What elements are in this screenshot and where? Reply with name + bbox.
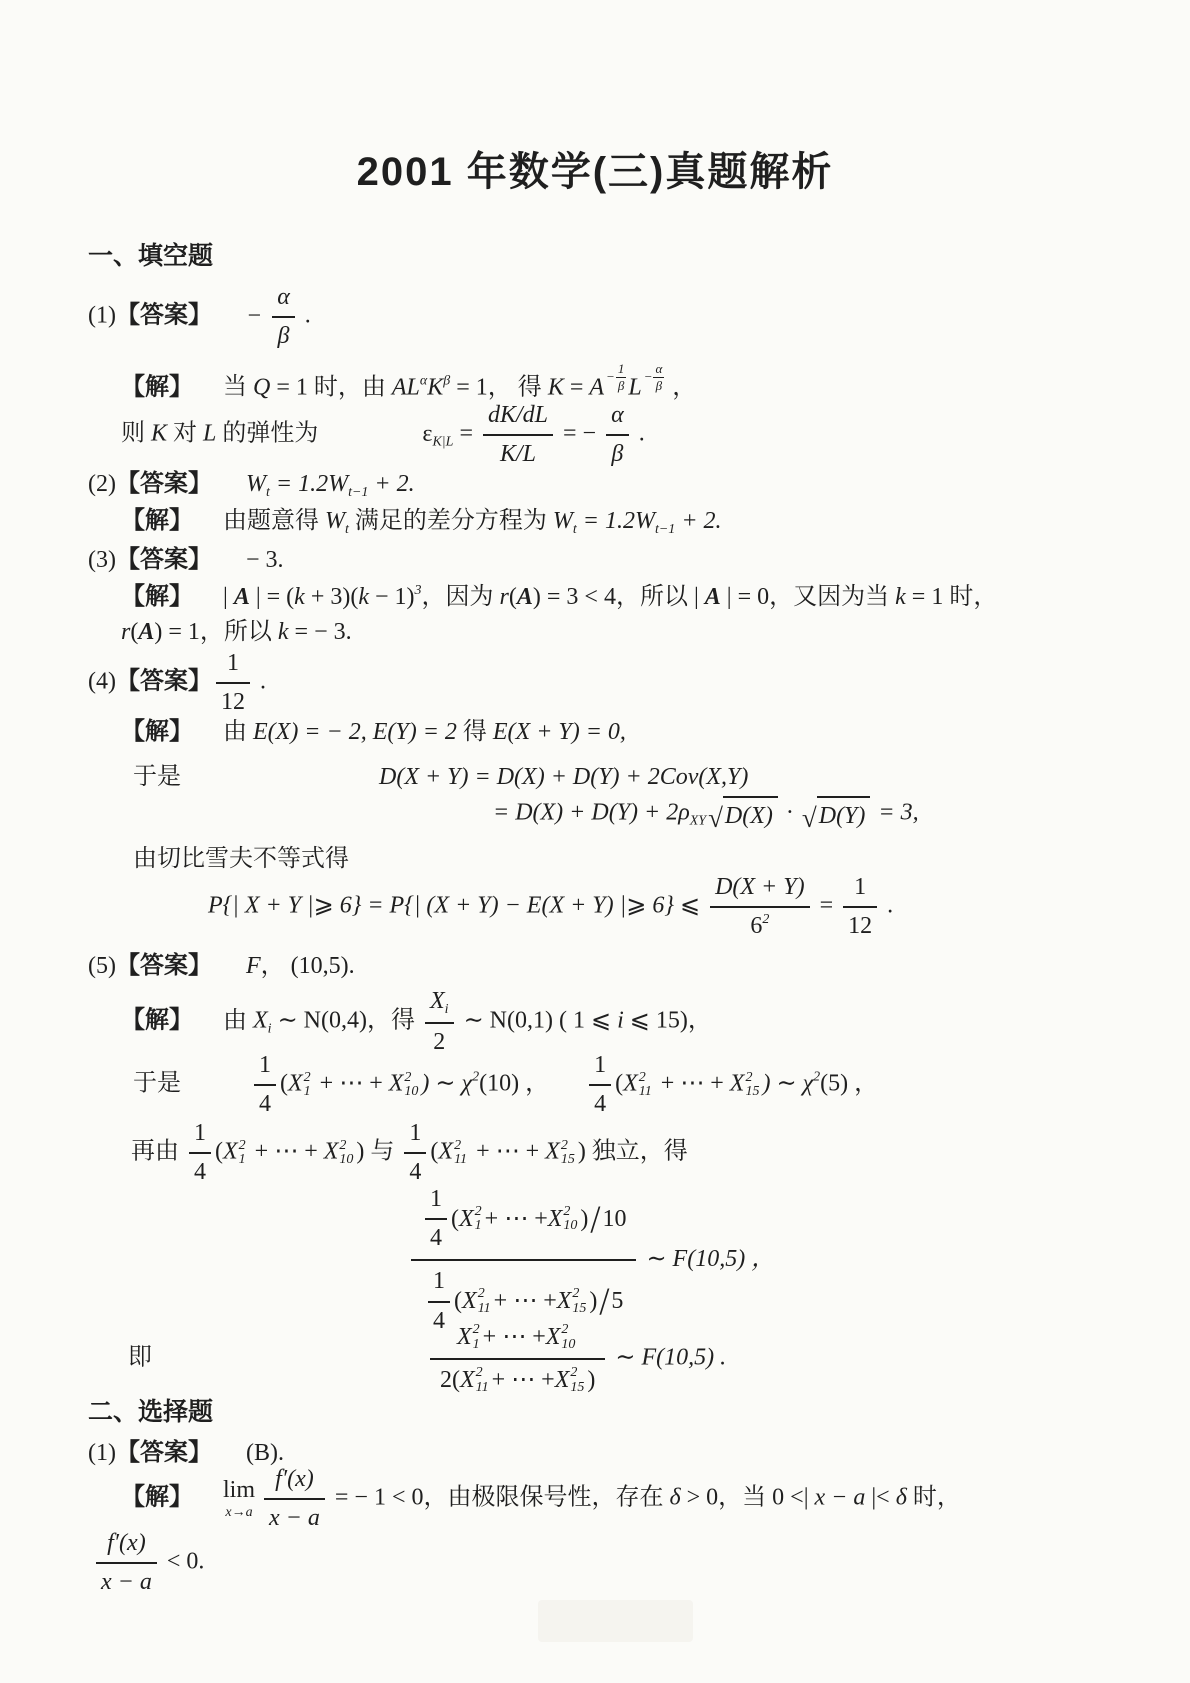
- math-text: + ⋯ +: [492, 1365, 555, 1396]
- question-number: (1): [88, 1440, 116, 1466]
- frac-numerator: 14(X21 + ⋯ + X210)/10: [411, 1182, 636, 1259]
- math-text: .: [881, 893, 893, 919]
- math-text: E(X) = − 2, E(Y) = 2: [253, 719, 457, 745]
- cn-text: ) = 1，所以: [154, 619, 278, 645]
- math-text: X: [462, 1286, 477, 1317]
- math-text: =: [564, 374, 590, 400]
- question-number: (5): [88, 953, 116, 979]
- math-text: =: [453, 421, 479, 447]
- frac-numerator: 1: [616, 362, 627, 377]
- math-text: + ⋯ +: [485, 1204, 548, 1235]
- superscript: 2: [473, 1323, 480, 1338]
- lim-text: lim: [223, 1478, 255, 1503]
- choice-q1-solution-line2: f′(x)x − a < 0.: [92, 1528, 204, 1598]
- math-text: (: [451, 1204, 459, 1235]
- subscript: 1: [475, 1219, 482, 1234]
- math-text: ε: [422, 421, 432, 447]
- document-page: { "page": { "title": "2001 年数学(三)真题解析" }…: [0, 0, 1190, 1683]
- frac-denominator: β: [653, 377, 664, 393]
- frac-denominator: 4: [425, 1218, 447, 1254]
- math-text: X: [324, 1139, 339, 1165]
- math-text: E(X + Y) = 0,: [493, 719, 626, 745]
- frac-denominator: x − a: [264, 1498, 325, 1534]
- sup-sub-stack: 215: [745, 1071, 759, 1100]
- frac-numerator: 1: [589, 1050, 611, 1084]
- subscript: XY: [690, 814, 706, 829]
- math-text: δ: [896, 1485, 907, 1511]
- sup-sub-stack: 215: [570, 1366, 584, 1395]
- math-text: ): [587, 1365, 595, 1396]
- subscript: 15: [572, 1302, 586, 1317]
- frac-numerator: α: [606, 400, 629, 434]
- math-text: X: [557, 1286, 572, 1317]
- math-text: X: [548, 1204, 563, 1235]
- fraction: 14: [254, 1050, 276, 1120]
- math-text: + 2.: [675, 508, 721, 534]
- math-text: .: [299, 303, 311, 329]
- math-text: W: [246, 471, 266, 497]
- cn-text: |<: [865, 1485, 895, 1511]
- fraction: 14: [589, 1050, 611, 1120]
- superscript: 2: [476, 1366, 483, 1381]
- cn-text: ，因为: [422, 584, 500, 610]
- math-text: | = (: [250, 584, 294, 610]
- section-heading-choice: 二、选择题: [88, 1396, 213, 1429]
- fraction: 14: [425, 1184, 447, 1254]
- sup-sub-stack: 210: [563, 1205, 577, 1234]
- sup-sub-stack: 211: [639, 1071, 652, 1100]
- solution-tag: 【解】: [121, 373, 193, 400]
- solution-tag: 【解】: [121, 583, 193, 610]
- math-text: + ⋯ +: [249, 1139, 324, 1165]
- answer-tag: 【答案】: [116, 952, 212, 979]
- subscript: K|L: [432, 435, 453, 450]
- frac-denominator: K/L: [483, 434, 553, 470]
- math-text: D(X + Y) = D(X) + D(Y) + 2Cov(X,Y): [379, 764, 748, 790]
- question-number: (1): [88, 303, 116, 329]
- frac-denominator: x − a: [96, 1562, 157, 1598]
- cn-text: 由: [223, 719, 253, 745]
- solution-tag: 【解】: [121, 507, 193, 534]
- subscript: 11: [639, 1085, 652, 1100]
- q5-solution-line5: 即X21 + ⋯ + X2102(X211 + ⋯ + X215) ∼ F(10…: [128, 1320, 726, 1398]
- fraction: 14: [189, 1118, 211, 1188]
- sqrt-sign: √: [802, 805, 817, 832]
- math-text: X: [730, 1071, 745, 1097]
- fraction: 14: [404, 1118, 426, 1188]
- math-text: W: [325, 508, 345, 534]
- answer-tag: 【答案】: [116, 668, 212, 695]
- cn-text: = 1 时，由: [270, 374, 392, 400]
- frac-numerator: Xi: [425, 986, 454, 1022]
- superscript: 2: [475, 1205, 482, 1220]
- math-text: A: [138, 619, 154, 645]
- page-title: 2001 年数学(三)真题解析: [0, 146, 1190, 198]
- sup-sub-stack: 210: [404, 1071, 418, 1100]
- frac-denominator: β: [606, 434, 629, 470]
- cn-text: = 1 时，: [906, 584, 998, 610]
- frac-denominator: 62: [710, 906, 810, 942]
- sup-sub-stack: 215: [561, 1139, 575, 1168]
- sqrt-expression: √D(Y): [802, 796, 871, 832]
- subscript: 1: [473, 1338, 480, 1353]
- frac-numerator: 1: [254, 1050, 276, 1084]
- answer-tag: 【答案】: [116, 1439, 212, 1466]
- subscript: 15: [570, 1381, 584, 1396]
- math-text: (5) ，: [820, 1071, 878, 1097]
- question-number: (3): [88, 547, 116, 573]
- q1-solution-line1: 【解】当 Q = 1 时，由 ALαKβ = 1， 得 K = A−1βL−αβ…: [121, 362, 696, 404]
- math-text: 6: [750, 913, 762, 939]
- subscript: t−1: [348, 485, 368, 500]
- limit-operator: limx→a: [223, 1478, 255, 1521]
- math-text: −: [606, 369, 615, 386]
- subscript: i: [445, 1002, 449, 1017]
- q3-answer-line: (3)【答案】− 3.: [88, 544, 284, 576]
- q4-solution-line1: 【解】由 E(X) = − 2, E(Y) = 2 得 E(X + Y) = 0…: [121, 716, 626, 748]
- math-text: δ: [669, 1485, 680, 1511]
- cn-text: ，: [666, 374, 696, 400]
- fraction: Xi2: [425, 986, 454, 1058]
- subscript: t−1: [655, 522, 675, 537]
- fraction: dK/dLK/L: [483, 400, 553, 470]
- cn-text: 再由: [131, 1139, 185, 1165]
- superscript: 2: [404, 1071, 411, 1086]
- math-text: F: [246, 953, 261, 979]
- fraction: αβ: [606, 400, 629, 470]
- math-text: r: [500, 584, 509, 610]
- sup-sub-stack: 215: [572, 1287, 586, 1316]
- frac-numerator: 1: [843, 872, 877, 906]
- solution-tag: 【解】: [121, 1007, 193, 1034]
- superscript: 2: [563, 1205, 570, 1220]
- math-text: ): [578, 1139, 586, 1165]
- sup-sub-stack: 21: [304, 1071, 311, 1100]
- fraction: 112: [843, 872, 877, 942]
- math-text: (10) ，: [479, 1071, 549, 1097]
- subscript: 10: [404, 1085, 418, 1100]
- superscript: 2: [478, 1287, 485, 1302]
- math-text: < 0.: [161, 1549, 205, 1575]
- cn-text: = − 1 < 0，由极限保号性，存在: [329, 1485, 670, 1511]
- math-text: |: [223, 584, 234, 610]
- subscript: 15: [745, 1085, 759, 1100]
- fraction: αβ: [272, 282, 295, 352]
- math-text: L: [203, 421, 216, 447]
- cn-text: 满足的差分方程为: [349, 508, 553, 534]
- q4-solution-line5: P{| X + Y |⩾ 6} = P{| (X + Y) − E(X + Y)…: [208, 872, 893, 942]
- sup-sub-stack: 210: [561, 1323, 575, 1352]
- math-text: ·: [780, 800, 800, 826]
- question-number: (2): [88, 471, 116, 497]
- math-text: ∼ F(10,5) .: [609, 1345, 726, 1371]
- cn-text: 于是: [133, 1071, 181, 1097]
- math-text: X: [555, 1365, 570, 1396]
- superscript: 3: [415, 583, 422, 598]
- subscript: 11: [476, 1381, 489, 1396]
- math-text: + ⋯ +: [483, 1322, 546, 1353]
- subscript: 10: [563, 1219, 577, 1234]
- section-heading-fill: 一、填空题: [88, 240, 213, 273]
- math-text: = −: [557, 421, 602, 447]
- frac-numerator: 1: [425, 1184, 447, 1218]
- solution-tag: 【解】: [121, 718, 193, 745]
- frac-denominator: 12: [843, 906, 877, 942]
- cn-text: 当: [223, 374, 253, 400]
- q4-solution-line3: = D(X) + D(Y) + 2ρXY√D(X) · √D(Y) = 3,: [493, 796, 919, 832]
- cn-text: 由题意得: [223, 508, 325, 534]
- math-text: − 1): [369, 584, 415, 610]
- math-text: = 1.2W: [577, 508, 655, 534]
- superscript: 2: [639, 1071, 646, 1086]
- cn-text: = 1， 得: [450, 374, 548, 400]
- sup-sub-stack: 211: [478, 1287, 491, 1316]
- math-text: A: [705, 584, 721, 610]
- subscript: 15: [561, 1153, 575, 1168]
- frac-numerator: α: [653, 362, 664, 377]
- superscript: 2: [304, 1071, 311, 1086]
- frac-denominator: 12: [216, 682, 250, 718]
- math-text: (: [215, 1139, 223, 1165]
- math-text: P{| X + Y |⩾ 6} = P{| (X + Y) − E(X + Y)…: [208, 893, 706, 919]
- fraction: 1β: [616, 362, 627, 394]
- math-text: + ⋯ +: [494, 1286, 557, 1317]
- math-text: 10: [602, 1204, 626, 1235]
- cn-text: > 0，当 0 <|: [681, 1485, 815, 1511]
- math-text: AL: [392, 374, 420, 400]
- math-text: L: [628, 374, 641, 400]
- frac-denominator: β: [272, 316, 295, 352]
- math-text: A: [517, 584, 533, 610]
- superscript: 2: [561, 1139, 568, 1154]
- math-text: =: [814, 893, 840, 919]
- math-text: + ⋯ +: [655, 1071, 730, 1097]
- frac-numerator: 1: [216, 648, 250, 682]
- cn-text: 的弹性为: [216, 421, 318, 447]
- cn-text: | = 0，又因为当: [721, 584, 895, 610]
- sqrt-radicand: D(Y): [817, 796, 871, 832]
- math-text: = 1.2W: [270, 471, 348, 497]
- subscript: 11: [454, 1153, 467, 1168]
- math-text: X: [253, 1008, 268, 1034]
- q2-answer-line: (2)【答案】Wt = 1.2Wt−1 + 2.: [88, 468, 415, 502]
- sqrt-radicand: D(X): [723, 796, 778, 832]
- cn-text: 由切比雪夫不等式得: [133, 846, 349, 872]
- superscript: 2: [745, 1071, 752, 1086]
- cn-text: 得: [457, 719, 493, 745]
- subscript: 1: [239, 1153, 246, 1168]
- q5-solution-line3: 再由 14(X21 + ⋯ + X210) 与 14(X211 + ⋯ + X2…: [131, 1118, 688, 1188]
- sqrt-sign: √: [708, 805, 723, 832]
- frac-numerator: D(X + Y): [710, 872, 810, 906]
- cn-text: 由: [223, 1008, 253, 1034]
- answer-tag: 【答案】: [116, 546, 212, 573]
- sup-sub-stack: 211: [454, 1139, 467, 1168]
- cn-text: 时，: [907, 1485, 961, 1511]
- math-text: + 2.: [368, 471, 414, 497]
- math-text: K: [427, 374, 443, 400]
- superscript: 2: [239, 1139, 246, 1154]
- sup-sub-stack: 21: [239, 1139, 246, 1168]
- sup-sub-stack: 21: [473, 1323, 480, 1352]
- math-text: (: [615, 1071, 623, 1097]
- sqrt-expression: √D(X): [708, 796, 778, 832]
- math-text: .: [254, 669, 266, 695]
- math-text: X: [438, 1139, 453, 1165]
- cn-text: ， (10,5).: [261, 953, 355, 979]
- frac-numerator: 1: [189, 1118, 211, 1152]
- math-text: ): [589, 1286, 597, 1317]
- math-text: X: [459, 1204, 474, 1235]
- math-text: X: [457, 1322, 472, 1353]
- math-text: ∼ F(10,5) ，: [640, 1246, 775, 1272]
- frac-denominator: 4: [189, 1152, 211, 1188]
- fraction: X21 + ⋯ + X2102(X211 + ⋯ + X215): [430, 1320, 605, 1398]
- frac-numerator: α: [272, 282, 295, 316]
- math-text: X: [545, 1139, 560, 1165]
- fraction: αβ: [653, 362, 664, 394]
- lim-subscript: x→a: [225, 1506, 252, 1521]
- math-text: r: [121, 619, 130, 645]
- cn-text: ) = 3 < 4，所以 |: [533, 584, 705, 610]
- math-text: = D(X) + D(Y) + 2ρ: [493, 800, 690, 826]
- math-text: (: [454, 1286, 462, 1317]
- question-number: (4): [88, 669, 116, 695]
- solution-tag: 【解】: [121, 1484, 193, 1511]
- math-text: X: [389, 1071, 404, 1097]
- answer-tag: 【答案】: [116, 470, 212, 497]
- math-text: − 3.: [246, 547, 284, 573]
- math-text: −: [246, 303, 268, 329]
- cn-text: 独立，得: [586, 1139, 688, 1165]
- frac-denominator: β: [616, 377, 627, 393]
- q3-solution-line1: 【解】| A | = (k + 3)(k − 1)3，因为 r(A) = 3 <…: [121, 581, 997, 613]
- frac-denominator: 2(X211 + ⋯ + X215): [430, 1358, 605, 1398]
- math-text: k: [358, 584, 369, 610]
- q4-solution-line2: 于是D(X + Y) = D(X) + D(Y) + 2Cov(X,Y): [133, 762, 748, 793]
- fraction: 112: [216, 648, 250, 718]
- q4-answer-line: (4)【答案】112 .: [88, 648, 266, 718]
- superscript: 2: [339, 1139, 346, 1154]
- frac-denominator: 4: [254, 1084, 276, 1120]
- math-text: .: [633, 421, 645, 447]
- frac-numerator: f′(x): [96, 1528, 157, 1562]
- math-text: = − 3.: [289, 619, 352, 645]
- math-text: + 3)(: [305, 584, 359, 610]
- math-text: X: [430, 988, 445, 1014]
- math-text: 5: [611, 1286, 623, 1317]
- superscript: 2: [570, 1366, 577, 1381]
- q5-solution-line1: 【解】由 Xi ∼ N(0,4)，得 Xi2 ∼ N(0,1) ( 1 ⩽ i …: [121, 986, 712, 1058]
- subscript: 1: [304, 1085, 311, 1100]
- math-text: + ⋯ +: [470, 1139, 545, 1165]
- big-fraction: 14(X21 + ⋯ + X210)/1014(X211 + ⋯ + X215)…: [411, 1182, 636, 1339]
- superscript: 2: [762, 912, 769, 927]
- sup-sub-stack: 211: [476, 1366, 489, 1395]
- frac-numerator: f′(x): [264, 1464, 325, 1498]
- q5-solution-line2: 于是14(X21 + ⋯ + X210) ∼ χ2(10) ，14(X211 +…: [133, 1050, 878, 1120]
- math-text: ): [580, 1204, 588, 1235]
- cn-text: 即: [128, 1345, 152, 1371]
- math-text: + ⋯ +: [314, 1071, 389, 1097]
- frac-denominator: 4: [589, 1084, 611, 1120]
- math-text: ) ∼ χ: [762, 1071, 813, 1097]
- answer-tag: 【答案】: [116, 302, 212, 329]
- math-text: X: [623, 1071, 638, 1097]
- math-text: ∼ N(0,1) ( 1 ⩽: [458, 1008, 618, 1034]
- math-text: A: [589, 374, 604, 400]
- superscript: 2: [572, 1287, 579, 1302]
- frac-numerator: X21 + ⋯ + X210: [430, 1320, 605, 1358]
- subscript: 10: [561, 1338, 575, 1353]
- big-slash: /: [590, 1203, 600, 1235]
- cn-text: ∼ N(0,4)，得: [272, 1008, 421, 1034]
- q2-solution-line: 【解】由题意得 Wt 满足的差分方程为 Wt = 1.2Wt−1 + 2.: [121, 505, 722, 539]
- exponent-fraction: −αβ: [644, 362, 665, 394]
- cn-text: 则: [121, 421, 151, 447]
- fraction: f′(x)x − a: [264, 1464, 325, 1534]
- cn-text: 于是: [133, 764, 181, 790]
- math-text: = 3,: [872, 800, 918, 826]
- math-text: K: [548, 374, 564, 400]
- sup-sub-stack: 21: [475, 1205, 482, 1234]
- q4-solution-line4: 由切比雪夫不等式得: [133, 844, 349, 875]
- q5-answer-line: (5)【答案】F， (10,5).: [88, 950, 355, 982]
- frac-numerator: 1: [404, 1118, 426, 1152]
- fraction: D(X + Y)62: [710, 872, 810, 942]
- sup-sub-stack: 210: [339, 1139, 353, 1168]
- math-text: k: [278, 619, 289, 645]
- math-text: 2(: [440, 1365, 460, 1396]
- cn-text: 与: [364, 1139, 400, 1165]
- math-text: K: [151, 421, 167, 447]
- math-text: X: [546, 1322, 561, 1353]
- subscript: 11: [478, 1302, 491, 1317]
- math-text: X: [460, 1365, 475, 1396]
- math-text: X: [288, 1071, 303, 1097]
- q5-solution-display: 14(X21 + ⋯ + X210)/1014(X211 + ⋯ + X215)…: [407, 1182, 775, 1339]
- q1-answer-line: (1)【答案】− αβ .: [88, 282, 311, 352]
- math-text: (B).: [246, 1440, 284, 1466]
- fraction: f′(x)x − a: [96, 1528, 157, 1598]
- choice-q1-solution-line1: 【解】limx→af′(x)x − a = − 1 < 0，由极限保号性，存在 …: [121, 1464, 961, 1534]
- superscript: 2: [561, 1323, 568, 1338]
- math-text: ) ∼ χ: [421, 1071, 472, 1097]
- math-text: k: [895, 584, 906, 610]
- frac-numerator: 1: [428, 1266, 450, 1300]
- math-text: i: [617, 1008, 624, 1034]
- math-text: −: [644, 369, 653, 386]
- frac-numerator: dK/dL: [483, 400, 553, 434]
- math-text: x − a: [815, 1485, 866, 1511]
- cn-text: ⩽ 15)，: [624, 1008, 712, 1034]
- scan-artifact: [538, 1600, 693, 1642]
- math-text: (: [280, 1071, 288, 1097]
- math-text: (: [509, 584, 517, 610]
- math-text: Q: [253, 374, 270, 400]
- cn-text: 对: [167, 421, 203, 447]
- math-text: A: [234, 584, 250, 610]
- math-text: W: [553, 508, 573, 534]
- math-text: X: [223, 1139, 238, 1165]
- q1-solution-line2: 则 K 对 L 的弹性为εK|L = dK/dLK/L = − αβ .: [121, 400, 645, 470]
- big-slash: /: [599, 1286, 609, 1318]
- superscript: 2: [454, 1139, 461, 1154]
- math-text: k: [294, 584, 305, 610]
- exponent-fraction: −1β: [606, 362, 626, 394]
- q3-solution-line2: r(A) = 1，所以 k = − 3.: [121, 617, 352, 648]
- subscript: 10: [339, 1153, 353, 1168]
